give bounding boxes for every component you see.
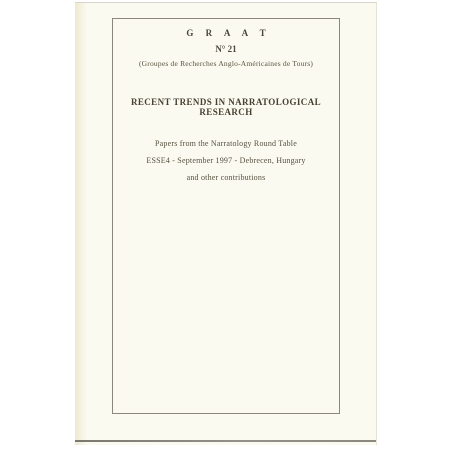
cover-border-frame: G R A A T N° 21 (Groupes de Recherches A…: [112, 18, 340, 414]
organization-name: (Groupes de Recherches Anglo-Américaines…: [113, 59, 339, 68]
subtitle-line-2: ESSE4 - September 1997 - Debrecen, Hunga…: [113, 156, 339, 165]
subtitle-line-3: and other contributions: [113, 173, 339, 182]
book-cover: G R A A T N° 21 (Groupes de Recherches A…: [75, 2, 377, 445]
book-cover-photo: G R A A T N° 21 (Groupes de Recherches A…: [0, 0, 450, 450]
series-name: G R A A T: [113, 28, 339, 38]
subtitle-line-1: Papers from the Narratology Round Table: [113, 139, 339, 148]
cover-bottom-edge: [75, 440, 376, 442]
book-title: RECENT TRENDS IN NARRATOLOGICAL RESEARCH: [113, 97, 339, 117]
cover-left-edge: [75, 3, 87, 445]
issue-number: N° 21: [113, 44, 339, 54]
